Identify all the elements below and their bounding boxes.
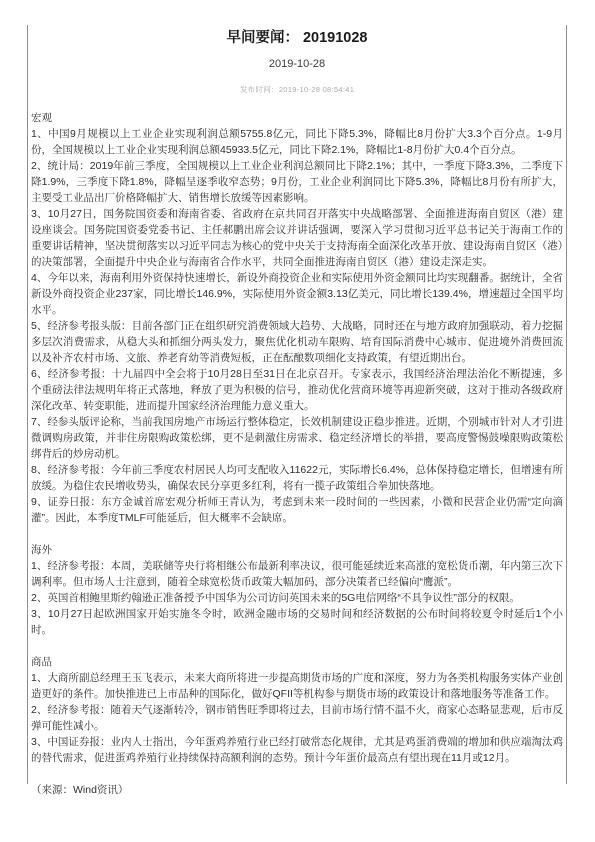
news-item: 2、经济参考报：随着天气逐渐转冷，钢市销售旺季即将过去，目前市场行情不温不火，商… <box>31 702 563 734</box>
news-item: 8、经济参考报：今年前三季度农村居民人均可支配收入11622元，实际增长6.4%… <box>31 462 563 494</box>
section-commodities: 商品 1、大商所副总经理王玉飞表示，未来大商所将进一步提高期货市场的广度和深度，… <box>31 654 563 766</box>
news-item: 1、中国9月规模以上工业企业实现利润总额5755.8亿元，同比下降5.3%，降幅… <box>31 126 563 158</box>
news-bulletin-page: 早间要闻：20191028 2019-10-28 发布时间：2019-10-28… <box>0 0 595 842</box>
news-item: 7、经参头版评论称，当前我国房地产市场运行整体稳定，长效机制建设正稳步推进。近期… <box>31 414 563 462</box>
news-item: 9、证券日报：东方金诚首席宏观分析师王青认为，考虑到未来一段时间的一些因素，小微… <box>31 494 563 526</box>
document-sheet: 早间要闻：20191028 2019-10-28 发布时间：2019-10-28… <box>27 25 567 784</box>
news-item: 2、统计局：2019年前三季度，全国规模以上工业企业利润总额同比下降2.1%；其… <box>31 158 563 206</box>
news-item: 3、10月27日，国务院国资委和海南省委、省政府在京共同召开落实中央战略部署、全… <box>31 206 563 270</box>
section-overseas: 海外 1、经济参考报：本周，美联储等央行将相继公布最新利率决议，很可能延续近来高… <box>31 542 563 638</box>
document-body: 宏观 1、中国9月规模以上工业企业实现利润总额5755.8亿元，同比下降5.3%… <box>31 110 563 798</box>
news-item: 3、中国证券报：业内人士指出，今年蛋鸡养殖行业已经打破常态化规律，尤其是鸡蛋消费… <box>31 734 563 766</box>
news-item: 1、大商所副总经理王玉飞表示，未来大商所将进一步提高期货市场的广度和深度，努力为… <box>31 670 563 702</box>
page-title-date-number: 20191028 <box>303 30 368 46</box>
news-item: 1、经济参考报：本周，美联储等央行将相继公布最新利率决议，很可能延续近来高涨的宽… <box>31 558 563 590</box>
section-heading-commodities: 商品 <box>31 654 563 670</box>
document-date: 2019-10-28 <box>31 59 563 70</box>
news-item: 3、10月27日起欧洲国家开始实施冬令时，欧洲金融市场的交易时间和经济数据的公布… <box>31 606 563 638</box>
news-item: 4、今年以来，海南利用外资保持快速增长，新设外商投资企业和实际使用外资金额同比均… <box>31 270 563 318</box>
section-macro: 宏观 1、中国9月规模以上工业企业实现利润总额5755.8亿元，同比下降5.3%… <box>31 110 563 526</box>
publish-timestamp: 发布时间：2019-10-28 08:54:41 <box>31 85 563 94</box>
section-heading-macro: 宏观 <box>31 110 563 126</box>
news-item: 2、英国首相鲍里斯约翰逊正准备授予中国华为公司访问英国未来的5G电信网络“不具争… <box>31 590 563 606</box>
page-title-label: 早间要闻： <box>226 30 299 46</box>
page-title: 早间要闻：20191028 <box>31 31 563 46</box>
news-item: 6、经济参考报：十九届四中全会将于10月28日至31日在北京召开。专家表示，我国… <box>31 366 563 414</box>
section-heading-overseas: 海外 <box>31 542 563 558</box>
news-item: 5、经济参考报头版：目前各部门正在组织研究消费领域大趋势、大战略，同时还在与地方… <box>31 318 563 366</box>
source-attribution: （来源：Wind资讯） <box>31 782 563 798</box>
